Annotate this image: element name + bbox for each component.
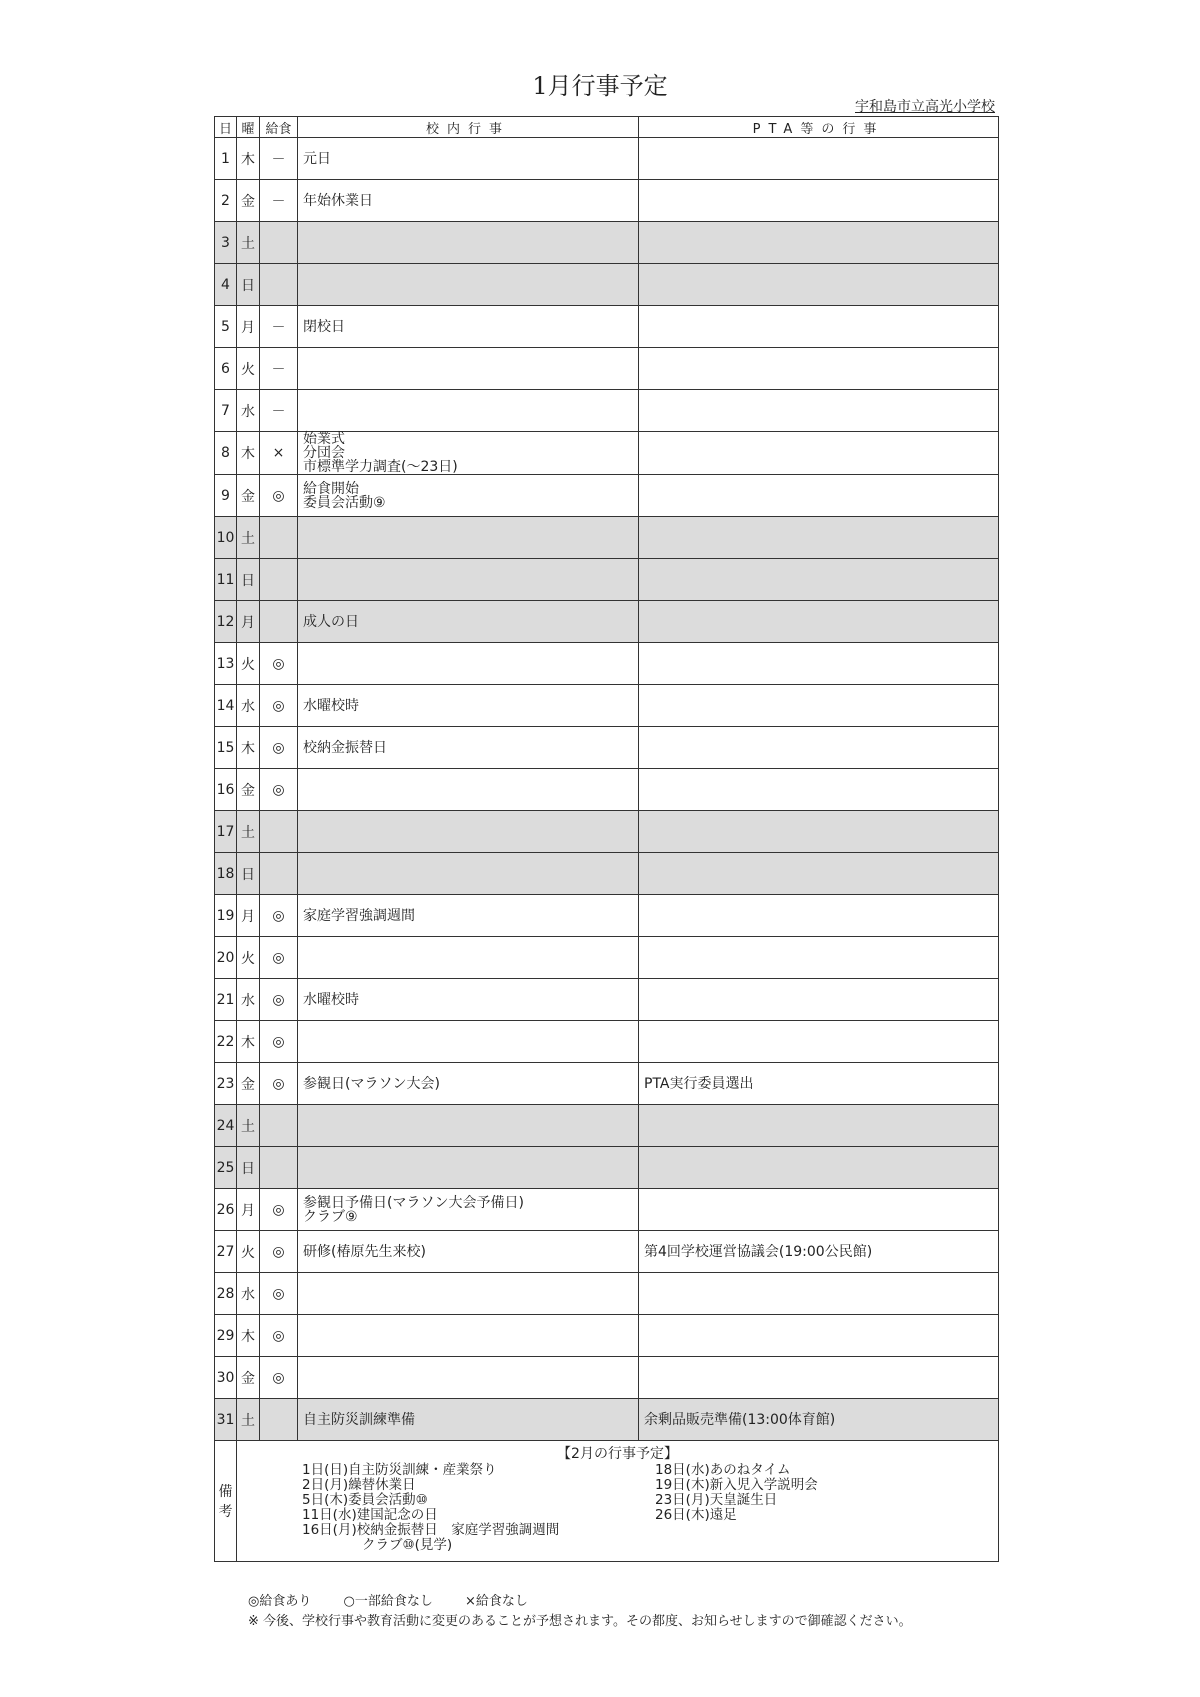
- table-row: 17土: [215, 811, 999, 853]
- weekday-cell: 日: [237, 264, 260, 306]
- school-event-cell: [298, 1021, 639, 1063]
- day-cell: 29: [215, 1315, 237, 1357]
- table-row: 2金－年始休業日: [215, 180, 999, 222]
- weekday-cell: 金: [237, 180, 260, 222]
- school-event: 給食開始: [303, 482, 638, 496]
- day-cell: 12: [215, 601, 237, 643]
- weekday-cell: 土: [237, 517, 260, 559]
- school-event-cell: [298, 1147, 639, 1189]
- school-event-cell: 研修(椿原先生来校): [298, 1231, 639, 1273]
- day-cell: 26: [215, 1189, 237, 1231]
- school-event-cell: [298, 1105, 639, 1147]
- school-event: 委員会活動⑨: [303, 496, 638, 510]
- school-event: 年始休業日: [303, 194, 638, 208]
- table-row: 4日: [215, 264, 999, 306]
- table-row: 25日: [215, 1147, 999, 1189]
- weekday-cell: 水: [237, 390, 260, 432]
- school-name: 宇和島市立高光小学校: [855, 96, 995, 116]
- weekday-cell: 月: [237, 1189, 260, 1231]
- pta-event-cell: [639, 727, 999, 769]
- school-event-cell: 校納金振替日: [298, 727, 639, 769]
- legend-lunch-yes: ◎給食あり: [248, 1594, 311, 1609]
- school-event-cell: 給食開始委員会活動⑨: [298, 475, 639, 517]
- lunch-cell: ◎: [260, 1273, 298, 1315]
- day-cell: 23: [215, 1063, 237, 1105]
- header-school-events: 校内行事: [298, 117, 639, 138]
- pta-event-cell: [639, 895, 999, 937]
- school-event-cell: [298, 222, 639, 264]
- pta-event-cell: [639, 1357, 999, 1399]
- school-event-cell: [298, 853, 639, 895]
- lunch-cell: ◎: [260, 1063, 298, 1105]
- february-item: 19日(木)新入児入学説明会: [655, 1478, 818, 1493]
- weekday-cell: 土: [237, 1399, 260, 1441]
- school-event-cell: [298, 769, 639, 811]
- lunch-cell: ◎: [260, 937, 298, 979]
- school-event: 成人の日: [303, 615, 638, 629]
- day-cell: 8: [215, 432, 237, 475]
- day-cell: 3: [215, 222, 237, 264]
- school-event: 参観日(マラソン大会): [303, 1077, 638, 1091]
- lunch-cell: ◎: [260, 685, 298, 727]
- weekday-cell: 火: [237, 937, 260, 979]
- school-event-cell: [298, 264, 639, 306]
- day-cell: 4: [215, 264, 237, 306]
- day-cell: 18: [215, 853, 237, 895]
- table-row: 15木◎校納金振替日: [215, 727, 999, 769]
- lunch-cell: ◎: [260, 1189, 298, 1231]
- day-cell: 27: [215, 1231, 237, 1273]
- weekday-cell: 土: [237, 1105, 260, 1147]
- day-cell: 17: [215, 811, 237, 853]
- table-row: 27火◎研修(椿原先生来校)第4回学校運営協議会(19:00公民館): [215, 1231, 999, 1273]
- table-row: 21水◎水曜校時: [215, 979, 999, 1021]
- pta-event-cell: [639, 853, 999, 895]
- weekday-cell: 金: [237, 769, 260, 811]
- table-row: 20火◎: [215, 937, 999, 979]
- lunch-cell: [260, 853, 298, 895]
- pta-event-cell: [639, 811, 999, 853]
- lunch-cell: [260, 264, 298, 306]
- day-cell: 21: [215, 979, 237, 1021]
- lunch-cell: [260, 1147, 298, 1189]
- day-cell: 15: [215, 727, 237, 769]
- table-row: 28水◎: [215, 1273, 999, 1315]
- school-event: 分団会: [303, 446, 638, 460]
- lunch-cell: －: [260, 306, 298, 348]
- table-row: 14水◎水曜校時: [215, 685, 999, 727]
- change-notice: ※ 今後、学校行事や教育活動に変更のあることが予想されます。その都度、お知らせし…: [248, 1610, 912, 1629]
- pta-event-cell: [639, 979, 999, 1021]
- school-event: クラブ⑨: [303, 1210, 638, 1224]
- school-event-cell: [298, 643, 639, 685]
- header-lunch: 給食: [260, 117, 298, 138]
- lunch-cell: ×: [260, 432, 298, 475]
- day-cell: 14: [215, 685, 237, 727]
- lunch-legend: ◎給食あり ○一部給食なし ×給食なし: [248, 1590, 556, 1609]
- pta-event-cell: [639, 769, 999, 811]
- school-event-cell: 水曜校時: [298, 979, 639, 1021]
- table-row: 10土: [215, 517, 999, 559]
- table-row: 18日: [215, 853, 999, 895]
- table-row: 26月◎参観日予備日(マラソン大会予備日)クラブ⑨: [215, 1189, 999, 1231]
- table-row: 7水－: [215, 390, 999, 432]
- table-row: 22木◎: [215, 1021, 999, 1063]
- day-cell: 19: [215, 895, 237, 937]
- school-event-cell: 始業式分団会市標準学力調査(～23日): [298, 432, 639, 475]
- february-item: 11日(水)建国記念の日: [302, 1508, 655, 1523]
- lunch-cell: ◎: [260, 1357, 298, 1399]
- school-event-cell: [298, 811, 639, 853]
- weekday-cell: 木: [237, 1315, 260, 1357]
- school-event: 校納金振替日: [303, 741, 638, 755]
- school-event-cell: 閉校日: [298, 306, 639, 348]
- lunch-cell: ◎: [260, 1315, 298, 1357]
- weekday-cell: 金: [237, 1357, 260, 1399]
- table-row: 30金◎: [215, 1357, 999, 1399]
- header-day: 日: [215, 117, 237, 138]
- pta-event-cell: [639, 685, 999, 727]
- pta-event-cell: [639, 1105, 999, 1147]
- february-item: 1日(日)自主防災訓練・産業祭り: [302, 1463, 655, 1478]
- lunch-cell: [260, 517, 298, 559]
- lunch-cell: －: [260, 138, 298, 180]
- page-title: 1月行事予定: [0, 66, 1200, 101]
- school-event-cell: 水曜校時: [298, 685, 639, 727]
- lunch-cell: [260, 811, 298, 853]
- day-cell: 6: [215, 348, 237, 390]
- school-event-cell: [298, 517, 639, 559]
- lunch-cell: －: [260, 390, 298, 432]
- pta-event-cell: [639, 390, 999, 432]
- pta-event-cell: [639, 222, 999, 264]
- table-row: 6火－: [215, 348, 999, 390]
- weekday-cell: 日: [237, 853, 260, 895]
- february-item: 23日(月)天皇誕生日: [655, 1493, 818, 1508]
- day-cell: 24: [215, 1105, 237, 1147]
- school-event-cell: 成人の日: [298, 601, 639, 643]
- day-cell: 20: [215, 937, 237, 979]
- school-event: 水曜校時: [303, 699, 638, 713]
- header-pta-events: PTA等の行事: [639, 117, 999, 138]
- pta-event-cell: 第4回学校運営協議会(19:00公民館): [639, 1231, 999, 1273]
- february-item: 18日(水)あのねタイム: [655, 1463, 818, 1478]
- remarks-content: 【2月の行事予定】 1日(日)自主防災訓練・産業祭り 2日(月)繰替休業日 5日…: [237, 1441, 999, 1562]
- weekday-cell: 木: [237, 1021, 260, 1063]
- remarks-row: 備考 【2月の行事予定】 1日(日)自主防災訓練・産業祭り 2日(月)繰替休業日…: [215, 1441, 999, 1562]
- pta-event-cell: [639, 180, 999, 222]
- table-row: 13火◎: [215, 643, 999, 685]
- weekday-cell: 土: [237, 811, 260, 853]
- day-cell: 28: [215, 1273, 237, 1315]
- school-event: 自主防災訓練準備: [303, 1413, 638, 1427]
- day-cell: 2: [215, 180, 237, 222]
- school-event-cell: 自主防災訓練準備: [298, 1399, 639, 1441]
- lunch-cell: －: [260, 180, 298, 222]
- weekday-cell: 火: [237, 348, 260, 390]
- table-row: 12月成人の日: [215, 601, 999, 643]
- table-row: 11日: [215, 559, 999, 601]
- schedule-table: 日 曜 給食 校内行事 PTA等の行事 1木－元日2金－年始休業日3土4日5月－…: [214, 116, 999, 1562]
- lunch-cell: [260, 222, 298, 264]
- pta-event-cell: [639, 937, 999, 979]
- weekday-cell: 木: [237, 727, 260, 769]
- weekday-cell: 日: [237, 1147, 260, 1189]
- lunch-cell: [260, 601, 298, 643]
- pta-event-cell: [639, 643, 999, 685]
- weekday-cell: 金: [237, 1063, 260, 1105]
- school-event-cell: [298, 559, 639, 601]
- school-event: 研修(椿原先生来校): [303, 1245, 638, 1259]
- day-cell: 13: [215, 643, 237, 685]
- february-heading: 【2月の行事予定】: [237, 1443, 998, 1463]
- school-event-cell: [298, 1273, 639, 1315]
- lunch-cell: ◎: [260, 769, 298, 811]
- weekday-cell: 木: [237, 432, 260, 475]
- lunch-cell: [260, 559, 298, 601]
- day-cell: 16: [215, 769, 237, 811]
- day-cell: 30: [215, 1357, 237, 1399]
- weekday-cell: 火: [237, 643, 260, 685]
- weekday-cell: 月: [237, 895, 260, 937]
- lunch-cell: [260, 1105, 298, 1147]
- pta-event-cell: [639, 432, 999, 475]
- pta-event-cell: [639, 1147, 999, 1189]
- school-event-cell: 年始休業日: [298, 180, 639, 222]
- lunch-cell: ◎: [260, 727, 298, 769]
- legend-lunch-none: ×給食なし: [465, 1594, 528, 1609]
- day-cell: 5: [215, 306, 237, 348]
- day-cell: 31: [215, 1399, 237, 1441]
- lunch-cell: ◎: [260, 1231, 298, 1273]
- school-event: 始業式: [303, 432, 638, 446]
- table-row: 5月－閉校日: [215, 306, 999, 348]
- february-item-indent: クラブ⑩(見学): [302, 1538, 655, 1553]
- school-event-cell: [298, 348, 639, 390]
- pta-event-cell: [639, 559, 999, 601]
- lunch-cell: ◎: [260, 1021, 298, 1063]
- lunch-cell: ◎: [260, 475, 298, 517]
- table-row: 24土: [215, 1105, 999, 1147]
- pta-event-cell: [639, 1021, 999, 1063]
- school-event-cell: [298, 937, 639, 979]
- february-right-list: 18日(水)あのねタイム 19日(木)新入児入学説明会 23日(月)天皇誕生日 …: [655, 1463, 818, 1553]
- february-item: 2日(月)繰替休業日: [302, 1478, 655, 1493]
- pta-event-cell: [639, 475, 999, 517]
- table-row: 3土: [215, 222, 999, 264]
- pta-event-cell: [639, 264, 999, 306]
- weekday-cell: 水: [237, 685, 260, 727]
- pta-event-cell: [639, 306, 999, 348]
- table-row: 8木×始業式分団会市標準学力調査(～23日): [215, 432, 999, 475]
- table-row: 29木◎: [215, 1315, 999, 1357]
- school-event: 閉校日: [303, 320, 638, 334]
- weekday-cell: 火: [237, 1231, 260, 1273]
- february-item: 5日(木)委員会活動⑩: [302, 1493, 655, 1508]
- school-event-cell: [298, 390, 639, 432]
- weekday-cell: 水: [237, 979, 260, 1021]
- table-row: 23金◎参観日(マラソン大会)PTA実行委員選出: [215, 1063, 999, 1105]
- header-weekday: 曜: [237, 117, 260, 138]
- table-row: 16金◎: [215, 769, 999, 811]
- day-cell: 9: [215, 475, 237, 517]
- lunch-cell: ◎: [260, 643, 298, 685]
- day-cell: 7: [215, 390, 237, 432]
- school-event: 水曜校時: [303, 993, 638, 1007]
- school-event-cell: 参観日(マラソン大会): [298, 1063, 639, 1105]
- school-event-cell: 参観日予備日(マラソン大会予備日)クラブ⑨: [298, 1189, 639, 1231]
- school-event-cell: [298, 1357, 639, 1399]
- table-row: 9金◎給食開始委員会活動⑨: [215, 475, 999, 517]
- school-event-cell: [298, 1315, 639, 1357]
- weekday-cell: 月: [237, 306, 260, 348]
- weekday-cell: 土: [237, 222, 260, 264]
- lunch-cell: [260, 1399, 298, 1441]
- pta-event-cell: [639, 138, 999, 180]
- day-cell: 1: [215, 138, 237, 180]
- school-event: 家庭学習強調週間: [303, 909, 638, 923]
- weekday-cell: 木: [237, 138, 260, 180]
- table-row: 31土自主防災訓練準備余剰品販売準備(13:00体育館): [215, 1399, 999, 1441]
- table-row: 19月◎家庭学習強調週間: [215, 895, 999, 937]
- remarks-label: 備考: [215, 1441, 237, 1562]
- february-left-list: 1日(日)自主防災訓練・産業祭り 2日(月)繰替休業日 5日(木)委員会活動⑩ …: [302, 1463, 655, 1553]
- weekday-cell: 水: [237, 1273, 260, 1315]
- legend-lunch-partial: ○一部給食なし: [343, 1594, 432, 1609]
- lunch-cell: ◎: [260, 979, 298, 1021]
- february-item: 16日(月)校納金振替日 家庭学習強調週間: [302, 1523, 655, 1538]
- pta-event-cell: [639, 1189, 999, 1231]
- lunch-cell: ◎: [260, 895, 298, 937]
- pta-event-cell: 余剰品販売準備(13:00体育館): [639, 1399, 999, 1441]
- school-event-cell: 家庭学習強調週間: [298, 895, 639, 937]
- header-row: 日 曜 給食 校内行事 PTA等の行事: [215, 117, 999, 138]
- pta-event-cell: [639, 1273, 999, 1315]
- lunch-cell: －: [260, 348, 298, 390]
- day-cell: 22: [215, 1021, 237, 1063]
- february-item: 26日(木)遠足: [655, 1508, 818, 1523]
- day-cell: 11: [215, 559, 237, 601]
- table-row: 1木－元日: [215, 138, 999, 180]
- school-event: 参観日予備日(マラソン大会予備日): [303, 1196, 638, 1210]
- pta-event-cell: [639, 517, 999, 559]
- weekday-cell: 日: [237, 559, 260, 601]
- weekday-cell: 月: [237, 601, 260, 643]
- pta-event-cell: PTA実行委員選出: [639, 1063, 999, 1105]
- pta-event-cell: [639, 1315, 999, 1357]
- day-cell: 25: [215, 1147, 237, 1189]
- weekday-cell: 金: [237, 475, 260, 517]
- school-event: 市標準学力調査(～23日): [303, 460, 638, 474]
- school-event-cell: 元日: [298, 138, 639, 180]
- pta-event-cell: [639, 601, 999, 643]
- school-event: 元日: [303, 152, 638, 166]
- day-cell: 10: [215, 517, 237, 559]
- pta-event-cell: [639, 348, 999, 390]
